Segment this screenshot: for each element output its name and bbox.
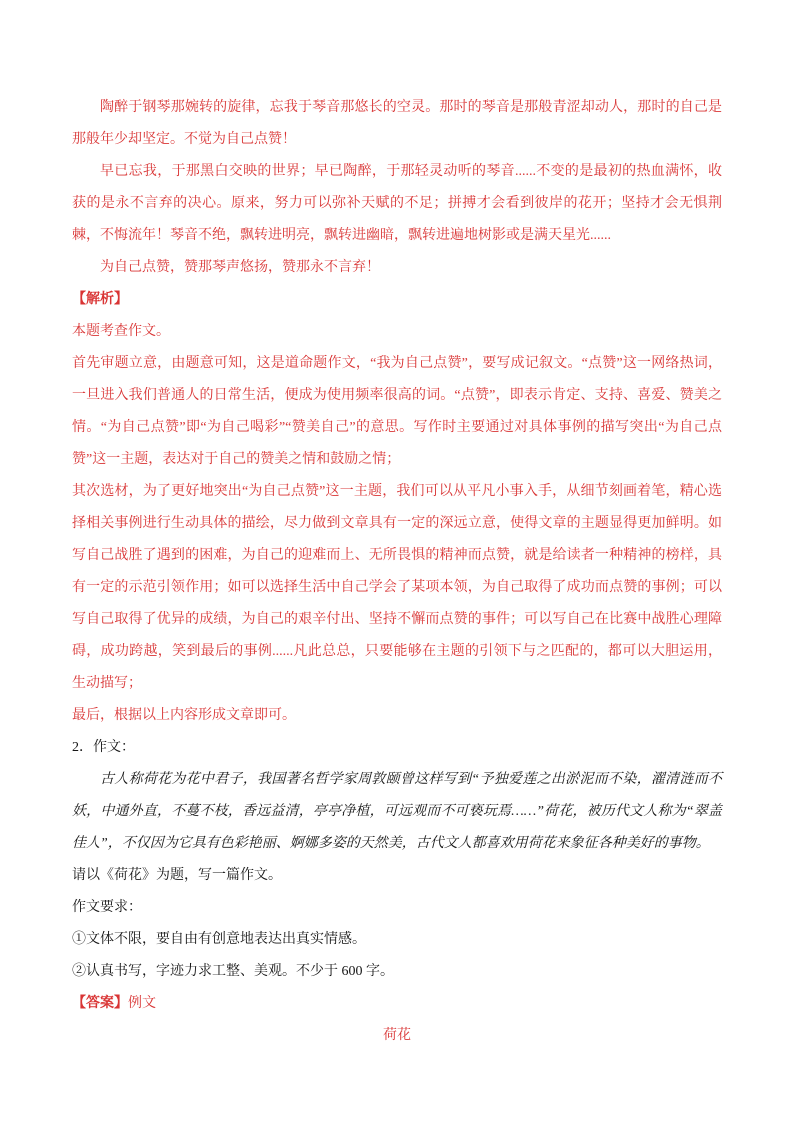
requirement-item: ①文体不限，要自由有创意地表达出真实情感。 — [72, 924, 722, 956]
requirement-item: ②认真书写，字迹力求工整、美观。不少于 600 字。 — [72, 956, 722, 988]
requirements-label: 作文要求： — [72, 892, 722, 924]
sample-essay-title: 荷花 — [72, 1020, 722, 1052]
analysis-paragraph: 本题考查作文。 — [72, 316, 722, 348]
document-content: 陶醉于钢琴那婉转的旋律，忘我于琴音那悠长的空灵。那时的琴音是那般青涩却动人，那时… — [72, 92, 722, 1052]
analysis-paragraph: 最后，根据以上内容形成文章即可。 — [72, 700, 722, 732]
question-title-request: 请以《荷花》为题，写一篇作文。 — [72, 860, 722, 892]
essay-paragraph: 陶醉于钢琴那婉转的旋律，忘我于琴音那悠长的空灵。那时的琴音是那般青涩却动人，那时… — [72, 92, 722, 156]
answer-line: 【答案】例文 — [72, 988, 722, 1020]
question-number: 2．作文： — [72, 732, 722, 764]
answer-label: 【答案】 — [72, 996, 128, 1011]
essay-paragraph: 为自己点赞，赞那琴声悠扬，赞那永不言弃！ — [72, 252, 722, 284]
analysis-paragraph: 首先审题立意，由题意可知，这是道命题作文，“我为自己点赞”，要写成记叙文。“点赞… — [72, 348, 722, 476]
question-prompt: 古人称荷花为花中君子，我国著名哲学家周敦颐曾这样写到“予独爱莲之出淤泥而不染，濯… — [72, 764, 722, 860]
analysis-label: 【解析】 — [72, 284, 722, 316]
essay-paragraph: 早已忘我，于那黑白交映的世界；早已陶醉，于那轻灵动听的琴音......不变的是最… — [72, 156, 722, 252]
analysis-paragraph: 其次选材，为了更好地突出“为自己点赞”这一主题，我们可以从平凡小事入手，从细节刻… — [72, 476, 722, 700]
answer-type: 例文 — [128, 996, 156, 1011]
document-page: 陶醉于钢琴那婉转的旋律，忘我于琴音那悠长的空灵。那时的琴音是那般青涩却动人，那时… — [0, 0, 793, 1122]
